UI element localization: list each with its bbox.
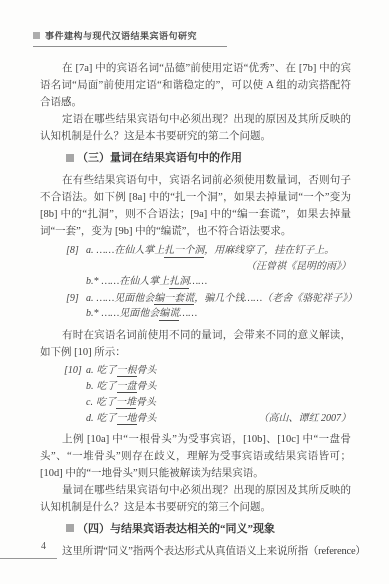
section-square-icon <box>66 524 74 532</box>
example-10b: b.吃了一盘骨头 <box>86 379 351 395</box>
section-heading-4-text: （四）与结果宾语表达相关的“同义”现象 <box>77 523 275 535</box>
section-heading-3-text: （三）量词在结果宾语句中的作用 <box>77 152 242 164</box>
example-8b-label: b.* <box>86 276 99 287</box>
example-8a-citation: （汪曾祺《昆明的雨》） <box>86 259 351 275</box>
example-8a-post: ，用麻线穿了，挂在钉子上。 <box>204 245 334 256</box>
example-9b-label: b.* <box>86 308 99 319</box>
example-10a-pre: 吃了 <box>97 365 117 376</box>
example-10c-pre: 吃了 <box>96 397 116 408</box>
paragraph-10-analysis: 上例 [10a] 中“一根骨头”为受事宾语，[10b]、[10c] 中“一盘骨头… <box>40 431 351 482</box>
example-8a-underlined: 扎一个洞 <box>164 245 204 258</box>
footer-rule <box>0 558 57 559</box>
example-9b: b.*……见面他会编谎…… <box>86 306 351 322</box>
example-10c-underlined: 一堆 <box>116 397 136 410</box>
section-heading-4: （四）与结果宾语表达相关的“同义”现象 <box>66 523 351 536</box>
book-page: 事件建构与现代汉语结果宾语句研究 在 [7a] 中的宾语名词“品德”前使用定语“… <box>0 0 389 584</box>
example-9a: a.……见面他会编一套谎，骗几个钱…… （老舍《骆驼祥子》） <box>86 291 351 307</box>
example-9a-post: ，骗几个钱…… <box>194 293 262 304</box>
example-10b-post: 骨头 <box>137 381 157 392</box>
example-10d-citation: （高山、谭红 2007） <box>259 411 352 427</box>
example-10a-post: 骨头 <box>137 365 157 376</box>
example-9b-post: …… <box>179 308 197 319</box>
example-8a-label: a. <box>86 245 94 256</box>
example-9a-pre: ……见面他会 <box>97 293 155 304</box>
example-8-number: [8] <box>66 243 79 259</box>
example-10c: c.吃了一堆骨头 <box>86 395 351 411</box>
running-head: 事件建构与现代汉语结果宾语句研究 <box>33 29 227 47</box>
example-8: [8] a.……在仙人掌上扎一个洞，用麻线穿了，挂在钉子上。 （汪曾祺《昆明的雨… <box>86 243 351 290</box>
example-10d-pre: 吃了 <box>97 413 117 424</box>
example-9a-citation: （老舍《骆驼祥子》） <box>262 291 357 307</box>
example-8a: a.……在仙人掌上扎一个洞，用麻线穿了，挂在钉子上。 <box>86 243 351 259</box>
example-8b-post: …… <box>189 276 207 287</box>
example-10d-text: d.吃了一地骨头 <box>86 411 157 427</box>
example-10b-label: b. <box>86 381 94 392</box>
example-9a-text: a.……见面他会编一套谎，骗几个钱…… <box>86 291 262 307</box>
example-10c-label: c. <box>86 397 93 408</box>
running-head-title: 事件建构与现代汉语结果宾语句研究 <box>45 31 197 41</box>
example-10a-label: a. <box>86 365 94 376</box>
example-10d-label: d. <box>86 413 94 424</box>
paragraph-question-3: 量词在哪些结果宾语句中必须出现？出现的原因及其所反映的认知机制是什么？这是本书要… <box>40 482 351 516</box>
paragraph-synonymy-intro: 这里所谓“同义”指两个表达形式从真值语义上来说所指（reference） <box>40 543 351 560</box>
paragraph-question-2: 定语在哪些结果宾语句中必须出现？出现的原因及其所反映的认知机制是什么？这是本书要… <box>40 111 351 145</box>
example-10b-underlined: 一盘 <box>117 381 137 394</box>
example-10b-pre: 吃了 <box>97 381 117 392</box>
example-10: [10] a.吃了一根骨头 b.吃了一盘骨头 c.吃了一堆骨头 d.吃了一地骨头… <box>86 363 351 427</box>
section-square-icon <box>33 32 40 39</box>
page-number: 4 <box>41 541 46 552</box>
paragraph-quantifier-intro: 在有些结果宾语句中，宾语名词前必须使用数量词，否则句子不合语法。如下例 [8a]… <box>40 172 351 240</box>
example-8a-pre: ……在仙人掌上 <box>97 245 165 256</box>
example-9a-label: a. <box>86 293 94 304</box>
example-8b-pre: ……在仙人掌上 <box>102 276 170 287</box>
example-9b-underlined: 编谎 <box>159 308 179 321</box>
example-8b-underlined: 扎洞 <box>169 276 189 289</box>
example-10a: a.吃了一根骨头 <box>86 363 351 379</box>
section-square-icon <box>66 154 74 162</box>
example-9a-underlined: 编一套谎 <box>154 293 194 306</box>
example-10a-underlined: 一根 <box>117 365 137 378</box>
example-9b-pre: ……见面他会 <box>102 308 160 319</box>
example-10-number: [10] <box>64 363 82 379</box>
example-10c-post: 骨头 <box>136 397 156 408</box>
example-9: [9] a.……见面他会编一套谎，骗几个钱…… （老舍《骆驼祥子》） b.*……… <box>86 291 351 322</box>
example-8b: b.*……在仙人掌上扎洞…… <box>86 274 351 290</box>
example-10d-post: 骨头 <box>137 413 157 424</box>
paragraph-different-quantifiers: 有时在宾语名词前使用不同的量词，会带来不同的意义解读，如下例 [10] 所示： <box>40 327 351 361</box>
example-10d-underlined: 一地 <box>117 413 137 426</box>
example-10d: d.吃了一地骨头 （高山、谭红 2007） <box>86 411 351 427</box>
example-9-number: [9] <box>66 291 79 307</box>
paragraph-7ab: 在 [7a] 中的宾语名词“品德”前使用定语“优秀”、在 [7b] 中的宾语名词… <box>40 60 351 111</box>
section-heading-3: （三）量词在结果宾语句中的作用 <box>66 152 351 165</box>
